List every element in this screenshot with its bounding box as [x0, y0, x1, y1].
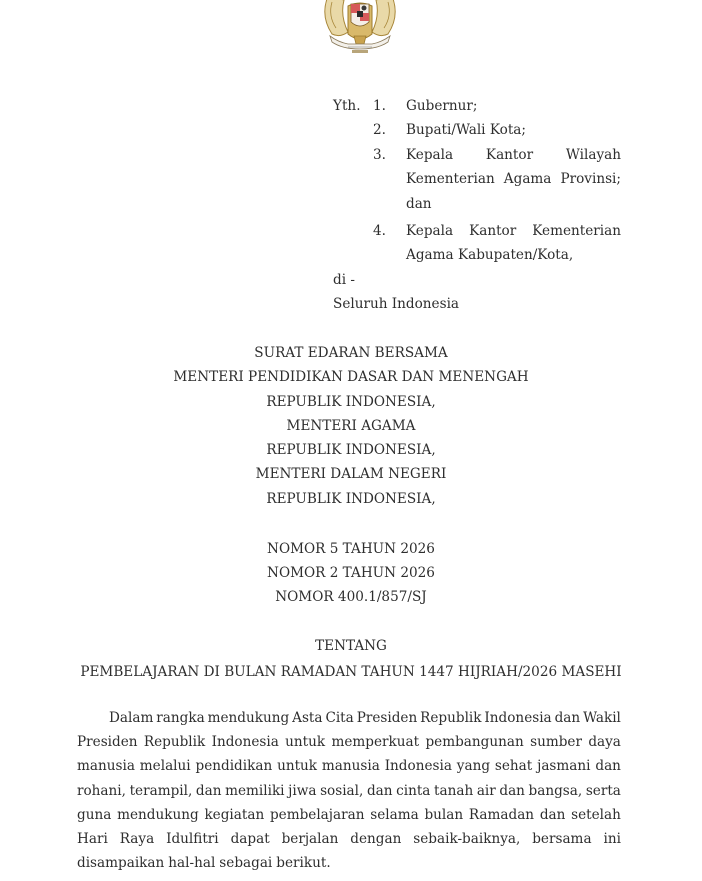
decree-number-3: NOMOR 400.1/857/SJ	[0, 585, 702, 609]
word: melalui	[140, 754, 191, 778]
word: Wilayah	[566, 143, 621, 167]
word: sosial,	[320, 779, 363, 803]
word: air	[477, 779, 496, 803]
word: hal-hal	[168, 851, 215, 875]
word: Kantor	[486, 143, 533, 167]
word: berikut.	[276, 851, 330, 875]
addressee-item-1: Gubernur;	[406, 94, 621, 118]
word: memperkuat	[331, 730, 419, 754]
word: rangka	[156, 706, 204, 730]
word: selama	[370, 803, 418, 827]
word: mendukung	[208, 706, 290, 730]
word: dan	[196, 779, 222, 803]
word: Kementerian	[532, 219, 621, 243]
word: jiwa	[288, 779, 316, 803]
word: rohani,	[77, 779, 126, 803]
word: Idulfitri	[166, 827, 219, 851]
addressee-number-1: 1.	[373, 94, 386, 118]
decree-number-1: NOMOR 5 TAHUN 2026	[0, 537, 702, 561]
garuda-pancasila-emblem-icon	[318, 0, 402, 56]
paragraph-line: HariRayaIdulfitridapatberjalandenganseba…	[77, 827, 621, 851]
word: dengan	[350, 827, 401, 851]
word: Indonesia	[385, 754, 452, 778]
word: disampaikan	[77, 851, 164, 875]
word: Ramadan	[469, 803, 534, 827]
word: manusia	[77, 754, 135, 778]
title-line-3: REPUBLIK INDONESIA,	[0, 390, 702, 414]
word: untuk	[277, 754, 317, 778]
document-page: Yth. 1. Gubernur; 2. Bupati/Wali Kota; 3…	[0, 0, 702, 881]
word: Cita	[325, 706, 353, 730]
addressee-item-3-line-3: dan	[406, 192, 621, 216]
addressee-number-2: 2.	[373, 118, 386, 142]
word: manusia	[322, 754, 380, 778]
title-line-4: MENTERI AGAMA	[0, 414, 702, 438]
title-line-7: REPUBLIK INDONESIA,	[0, 487, 702, 511]
word: Provinsi;	[560, 167, 621, 191]
word: berjalan	[282, 827, 339, 851]
word: pendidikan	[196, 754, 273, 778]
word: untuk	[285, 730, 325, 754]
word: mendukung	[117, 803, 199, 827]
word: sebagai	[219, 851, 272, 875]
addressee-number-4: 4.	[373, 219, 386, 243]
word: Hari	[77, 827, 108, 851]
word: bersama	[532, 827, 591, 851]
paragraph-line: rohani,terampil,danmemilikijiwasosial,da…	[77, 779, 621, 803]
paragraph-line: disampaikanhal-halsebagaiberikut.	[77, 851, 621, 875]
decree-number-2: NOMOR 2 TAHUN 2026	[0, 561, 702, 585]
word: daya	[588, 730, 621, 754]
subject-title: PEMBELAJARAN DI BULAN RAMADAN TAHUN 1447…	[0, 660, 702, 684]
addressee-number-3: 3.	[373, 143, 386, 167]
about-label: TENTANG	[0, 634, 702, 658]
word: Indonesia	[212, 730, 279, 754]
addressee-prefix: Yth.	[333, 94, 361, 118]
paragraph-line: gunamendukungkegiatanpembelajaranselamab…	[77, 803, 621, 827]
word: setelah	[571, 803, 621, 827]
title-line-5: REPUBLIK INDONESIA,	[0, 438, 702, 462]
addressee-location: Seluruh Indonesia	[333, 292, 459, 316]
word: guna	[77, 803, 111, 827]
word: Kementerian	[406, 167, 495, 191]
word: cinta	[396, 779, 430, 803]
word: pembelajaran	[270, 803, 365, 827]
addressee-di: di -	[333, 268, 355, 292]
paragraph-line: DalamrangkamendukungAstaCitaPresidenRepu…	[77, 706, 621, 730]
word: dapat	[231, 827, 270, 851]
word: dan	[595, 754, 621, 778]
word: dan	[540, 803, 566, 827]
word: yang	[457, 754, 490, 778]
word: Republik	[144, 730, 205, 754]
word: pembangunan	[425, 730, 523, 754]
title-line-1: SURAT EDARAN BERSAMA	[0, 341, 702, 365]
word: dan	[555, 706, 581, 730]
word: Asta	[292, 706, 322, 730]
word: Republik	[420, 706, 481, 730]
word: tanah	[434, 779, 473, 803]
word: ini	[603, 827, 620, 851]
addressee-item-2: Bupati/Wali Kota;	[406, 118, 621, 142]
word: memiliki	[225, 779, 284, 803]
word: dan	[367, 779, 393, 803]
word: Presiden	[357, 706, 418, 730]
word: dan	[499, 779, 525, 803]
addressee-item-4-line-1: KepalaKantorKementerian	[406, 219, 621, 243]
addressee-item-3-line-1: KepalaKantorWilayah	[406, 143, 621, 167]
word: bangsa,	[529, 779, 583, 803]
word: sehat	[495, 754, 532, 778]
title-line-6: MENTERI DALAM NEGERI	[0, 462, 702, 486]
word: Raya	[120, 827, 154, 851]
addressee-item-4-line-2: Agama Kabupaten/Kota,	[406, 243, 621, 267]
word: serta	[586, 779, 621, 803]
word: kegiatan	[204, 803, 264, 827]
body-paragraph: DalamrangkamendukungAstaCitaPresidenRepu…	[77, 706, 621, 875]
word: bulan	[424, 803, 463, 827]
word: Wakil	[583, 706, 621, 730]
word: Presiden	[77, 730, 138, 754]
word: Kantor	[469, 219, 516, 243]
word: Agama	[504, 167, 552, 191]
title-line-2: MENTERI PENDIDIKAN DASAR DAN MENENGAH	[0, 365, 702, 389]
addressee-item-3-line-2: KementerianAgamaProvinsi;	[406, 167, 621, 191]
paragraph-line: manusiamelaluipendidikanuntukmanusiaIndo…	[77, 754, 621, 778]
word: sumber	[530, 730, 582, 754]
word: Kepala	[406, 143, 453, 167]
word: jasmani	[537, 754, 590, 778]
word: sebaik-baiknya,	[413, 827, 520, 851]
word: Kepala	[406, 219, 453, 243]
word: terampil,	[130, 779, 193, 803]
word: Indonesia	[484, 706, 551, 730]
word: Dalam	[109, 706, 153, 730]
paragraph-line: PresidenRepublikIndonesiauntukmemperkuat…	[77, 730, 621, 754]
